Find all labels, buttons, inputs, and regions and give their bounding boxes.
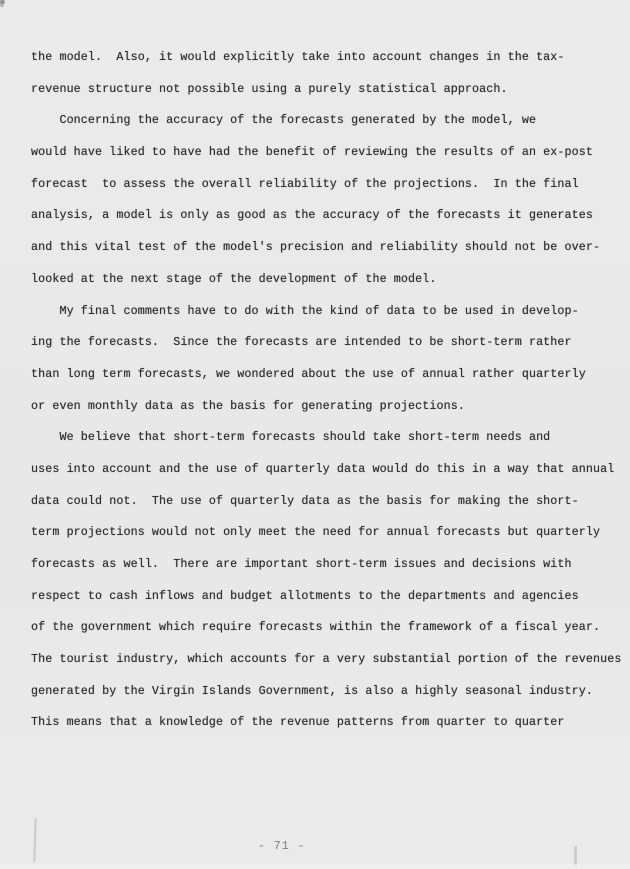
text-line: revenue structure not possible using a p… bbox=[31, 74, 621, 106]
text-line: forecasts as well. There are important s… bbox=[31, 549, 621, 581]
text-line: analysis, a model is only as good as the… bbox=[31, 200, 621, 232]
text-line: the model. Also, it would explicitly tak… bbox=[31, 42, 621, 74]
text-line: Concerning the accuracy of the forecasts… bbox=[31, 105, 621, 137]
text-line: looked at the next stage of the developm… bbox=[31, 264, 621, 296]
text-line: would have liked to have had the benefit… bbox=[31, 137, 621, 169]
text-line: generated by the Virgin Islands Governme… bbox=[31, 676, 621, 708]
text-line: My final comments have to do with the ki… bbox=[31, 296, 621, 328]
scanned-page: the model. Also, it would explicitly tak… bbox=[0, 0, 630, 869]
text-line: The tourist industry, which accounts for… bbox=[31, 644, 621, 676]
document-body: the model. Also, it would explicitly tak… bbox=[31, 42, 621, 739]
text-line: forecast to assess the overall reliabili… bbox=[31, 169, 621, 201]
text-line: term projections would not only meet the… bbox=[31, 517, 621, 549]
scan-artifact bbox=[0, 864, 630, 869]
text-line: of the government which require forecast… bbox=[31, 612, 621, 644]
page-number: - 71 - bbox=[258, 840, 305, 854]
text-line: respect to cash inflows and budget allot… bbox=[31, 581, 621, 613]
text-line: This means that a knowledge of the reven… bbox=[31, 707, 621, 739]
text-line: We believe that short-term forecasts sho… bbox=[31, 422, 621, 454]
scan-artifact bbox=[0, 0, 4, 7]
text-line: or even monthly data as the basis for ge… bbox=[31, 391, 621, 423]
text-line: ing the forecasts. Since the forecasts a… bbox=[31, 327, 621, 359]
text-line: and this vital test of the model's preci… bbox=[31, 232, 621, 264]
text-line: data could not. The use of quarterly dat… bbox=[31, 486, 621, 518]
scan-artifact bbox=[574, 846, 577, 866]
text-line: than long term forecasts, we wondered ab… bbox=[31, 359, 621, 391]
text-line: uses into account and the use of quarter… bbox=[31, 454, 621, 486]
scan-artifact bbox=[33, 818, 37, 862]
scan-artifact bbox=[0, 0, 5, 4]
